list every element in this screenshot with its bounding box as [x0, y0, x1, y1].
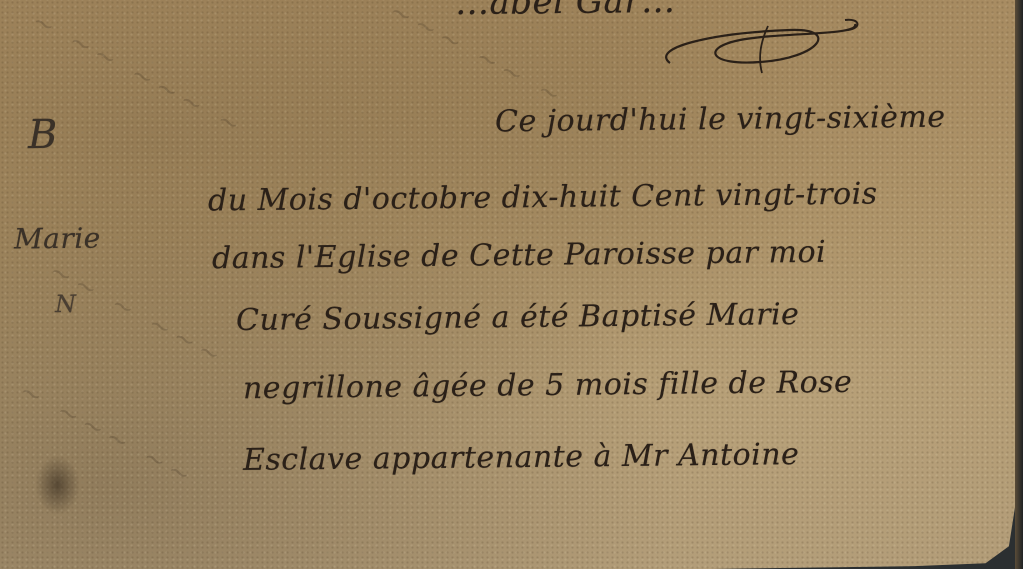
manuscript-page: ~ ~~ ~~~ ~ ~~~ ~~ ~ ~~ ~ ~~~ ~ ~~~ ~~ …a…	[0, 0, 1016, 569]
margin-mark: N	[55, 290, 77, 318]
signature-flourish-icon	[650, 18, 870, 78]
entry-line-2: du Mois d'octobre dix-huit Cent vingt-tr…	[208, 176, 878, 218]
entry-line-1: Ce jourd'hui le vingt-sixième	[495, 100, 946, 140]
ink-stain	[35, 455, 80, 515]
margin-letter: B	[28, 112, 58, 158]
entry-line-6: Esclave appartenante à Mr Antoine	[243, 437, 800, 478]
binding-edge	[1015, 0, 1023, 569]
entry-line-5: negrillone âgée de 5 mois fille de Rose	[243, 365, 853, 406]
margin-name: Marie	[14, 222, 101, 256]
entry-line-4: Curé Soussigné a été Baptisé Marie	[236, 297, 800, 338]
entry-line-3: dans l'Eglise de Cette Paroisse par moi	[212, 235, 826, 276]
header-fragment: …abel Gar…	[455, 0, 676, 23]
